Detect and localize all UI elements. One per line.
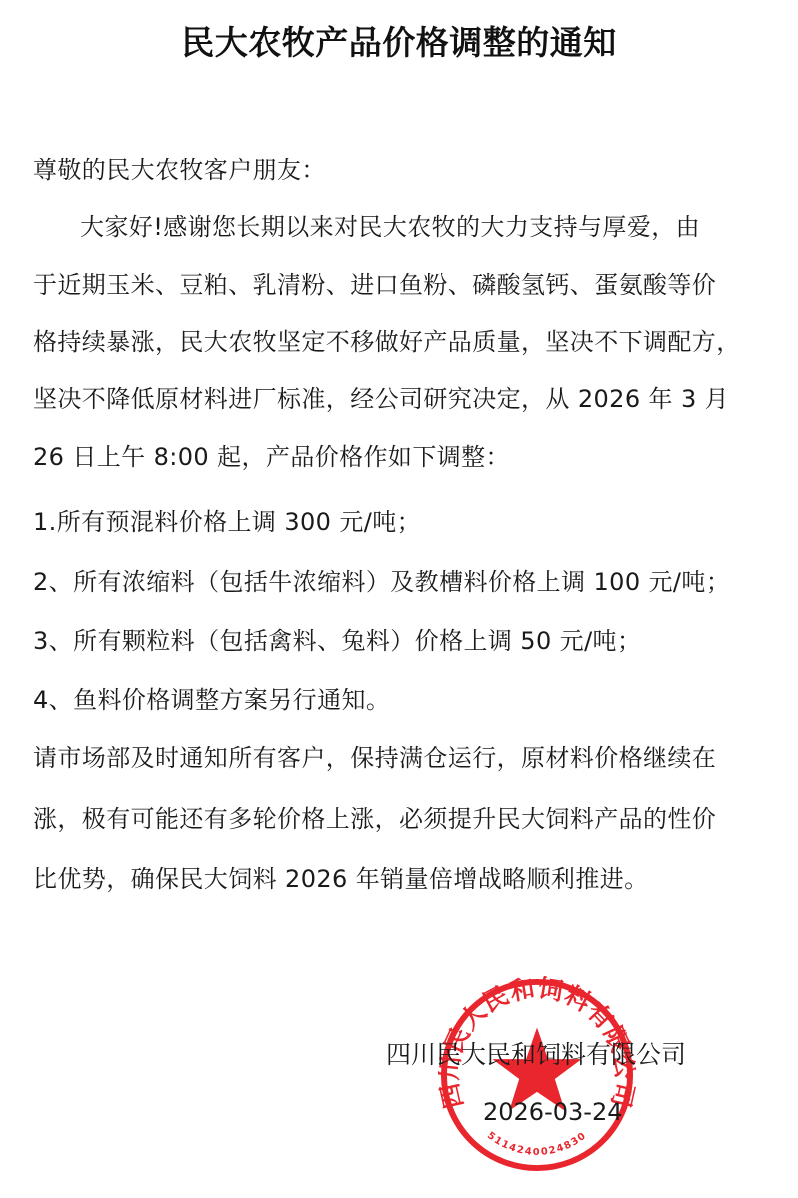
document-title: 民大农牧产品价格调整的通知 [0,18,798,68]
salutation: 尊敬的民大农牧客户朋友： [33,155,326,185]
svg-text:5114240024830: 5114240024830 [485,1130,589,1158]
closing-line: 涨，极有可能还有多轮价格上涨，必须提升民大饲料产品的性价 [33,804,716,834]
seal-code-text: 5114240024830 [485,1130,589,1158]
closing-line: 请市场部及时通知所有客户，保持满仓运行，原材料价格继续在 [33,743,716,773]
adjustment-item: 2、所有浓缩料（包括牛浓缩料）及教槽料价格上调 100 元/吨； [33,567,730,597]
closing-line: 比优势，确保民大饲料 2026 年销量倍增战略顺利推进。 [33,864,649,894]
adjustment-item: 4、鱼料价格调整方案另行通知。 [33,685,390,715]
adjustment-item: 3、所有颗粒料（包括禽料、兔料）价格上调 50 元/吨； [33,626,641,656]
company-seal-icon: 四川民大民和饲料有限公司 5114240024830 [438,976,636,1174]
body-line: 于近期玉米、豆粕、乳清粉、进口鱼粉、磷酸氢钙、蛋氨酸等价 [33,270,716,300]
signature-company: 四川民大民和饲料有限公司 [386,1040,686,1070]
body-line: 坚决不降低原材料进厂标准，经公司研究决定，从 2026 年 3 月 [33,384,729,414]
body-line: 26 日上午 8:00 起，产品价格作如下调整： [33,442,510,472]
body-line: 大家好!感谢您长期以来对民大农牧的大力支持与厚爱，由 [80,212,700,242]
signature-date: 2026-03-24 [483,1097,622,1127]
body-line: 格持续暴涨，民大农牧坚定不移做好产品质量，坚决不下调配方， [33,327,741,357]
adjustment-item: 1.所有预混料价格上调 300 元/吨； [33,507,421,537]
